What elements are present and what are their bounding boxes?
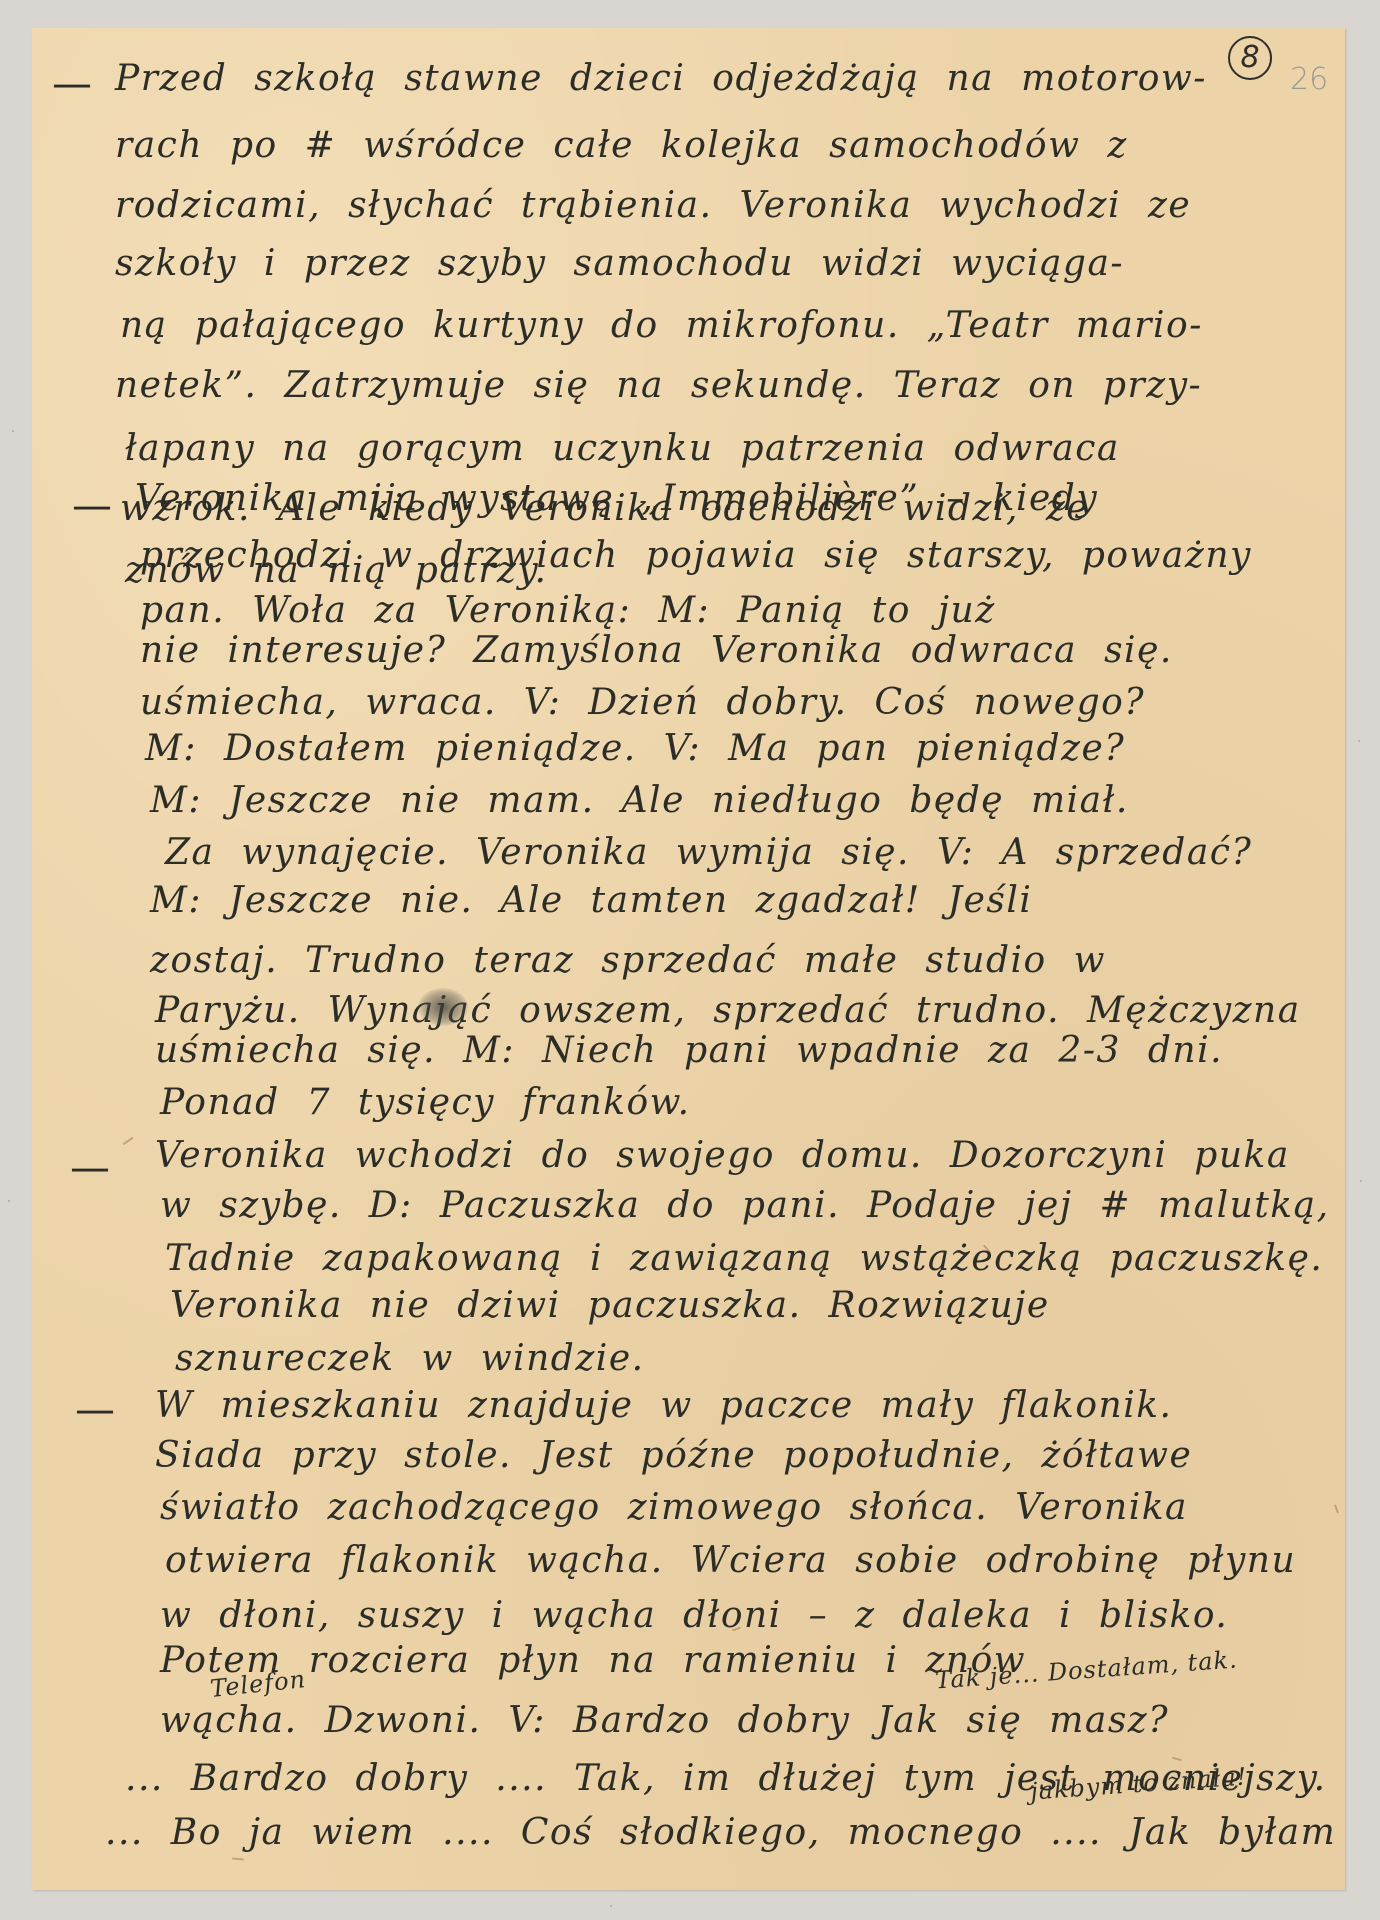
circled-page-number: 8 <box>1228 36 1272 80</box>
handwritten-line: sznureczek w windzie. <box>175 1338 645 1379</box>
paper-fiber <box>232 1857 244 1860</box>
pencil-archive-number: 26 <box>1290 62 1328 97</box>
handwritten-line: przechodzi w drzwiach pojawia się starsz… <box>140 535 1252 576</box>
handwritten-line: nie interesuje? Zamyślona Veronika odwra… <box>140 630 1173 671</box>
handwritten-line: Siada przy stole. Jest późne popołudnie,… <box>155 1435 1192 1476</box>
paragraph-dash: — <box>75 1390 115 1430</box>
handwritten-line: M: Jeszcze nie. Ale tamten zgadzał! Jeśl… <box>150 880 1032 921</box>
handwritten-line: uśmiecha się. M: Niech pani wpadnie za 2… <box>155 1030 1223 1071</box>
paper-fiber <box>1334 1504 1339 1513</box>
paragraph-dash: — <box>70 1148 110 1188</box>
paper-fiber <box>123 1137 134 1146</box>
handwritten-line: uśmiecha, wraca. V: Dzień dobry. Coś now… <box>140 682 1145 723</box>
handwritten-line: wącha. Dzwoni. V: Bardzo dobry Jak się m… <box>160 1700 1169 1741</box>
handwritten-line: netek”. Zatrzymuje się na sekundę. Teraz… <box>115 365 1202 406</box>
handwritten-line: Paryżu. Wynająć owszem, sprzedać trudno.… <box>155 990 1301 1031</box>
scan-backdrop-speck <box>12 430 14 432</box>
handwritten-line: W mieszkaniu znajduje w paczce mały flak… <box>155 1385 1172 1426</box>
ink-blot <box>418 988 468 1026</box>
handwritten-line: M: Jeszcze nie mam. Ale niedługo będę mi… <box>150 780 1129 821</box>
handwritten-line: Veronika nie dziwi paczuszka. Rozwiązuje <box>170 1285 1050 1326</box>
handwritten-line: Za wynajęcie. Veronika wymija się. V: A … <box>165 832 1252 873</box>
paragraph-dash: — <box>72 486 112 526</box>
handwritten-line: łapany na gorącym uczynku patrzenia odwr… <box>125 428 1120 469</box>
handwritten-line: światło zachodzącego zimowego słońca. Ve… <box>160 1487 1188 1528</box>
handwritten-line: Ponad 7 tysięcy franków. <box>160 1082 691 1123</box>
handwritten-line: M: Dostałem pieniądze. V: Ma pan pieniąd… <box>145 728 1125 769</box>
handwritten-line: w dłoni, suszy i wącha dłoni – z daleka … <box>160 1595 1228 1636</box>
scan-backdrop-speck <box>610 1905 612 1907</box>
handwritten-line: Tadnie zapakowaną i zawiązaną wstążeczką… <box>165 1238 1323 1279</box>
handwritten-line: Przed szkołą stawne dzieci odjeżdżają na… <box>115 58 1207 99</box>
scan-backdrop-speck <box>1360 1180 1362 1182</box>
handwritten-line: zostaj. Trudno teraz sprzedać małe studi… <box>150 940 1106 981</box>
handwritten-line: rach po # wśródce całe kolejka samochodó… <box>115 125 1128 166</box>
handwritten-line: Veronika wchodzi do swojego domu. Dozorc… <box>155 1135 1290 1176</box>
handwritten-line: pan. Woła za Veroniką: M: Panią to już <box>140 590 996 631</box>
handwritten-line: szkoły i przez szyby samochodu widzi wyc… <box>115 243 1124 284</box>
handwritten-line: Veronika mija wystawę „Immobilière” – ki… <box>135 478 1098 519</box>
handwritten-line: w szybę. D: Paczuszka do pani. Podaje je… <box>160 1185 1330 1226</box>
paragraph-dash: — <box>52 64 92 104</box>
handwritten-line: ną pałającego kurtyny do mikrofonu. „Tea… <box>120 305 1203 346</box>
handwritten-line: otwiera flakonik wącha. Wciera sobie odr… <box>165 1540 1296 1581</box>
handwritten-line: rodzicami, słychać trąbienia. Veronika w… <box>115 185 1191 226</box>
scan-backdrop-speck <box>1358 740 1360 742</box>
scan-backdrop-speck <box>8 1200 10 1202</box>
handwritten-line: ... Bo ja wiem .... Coś słodkiego, mocne… <box>105 1812 1336 1853</box>
